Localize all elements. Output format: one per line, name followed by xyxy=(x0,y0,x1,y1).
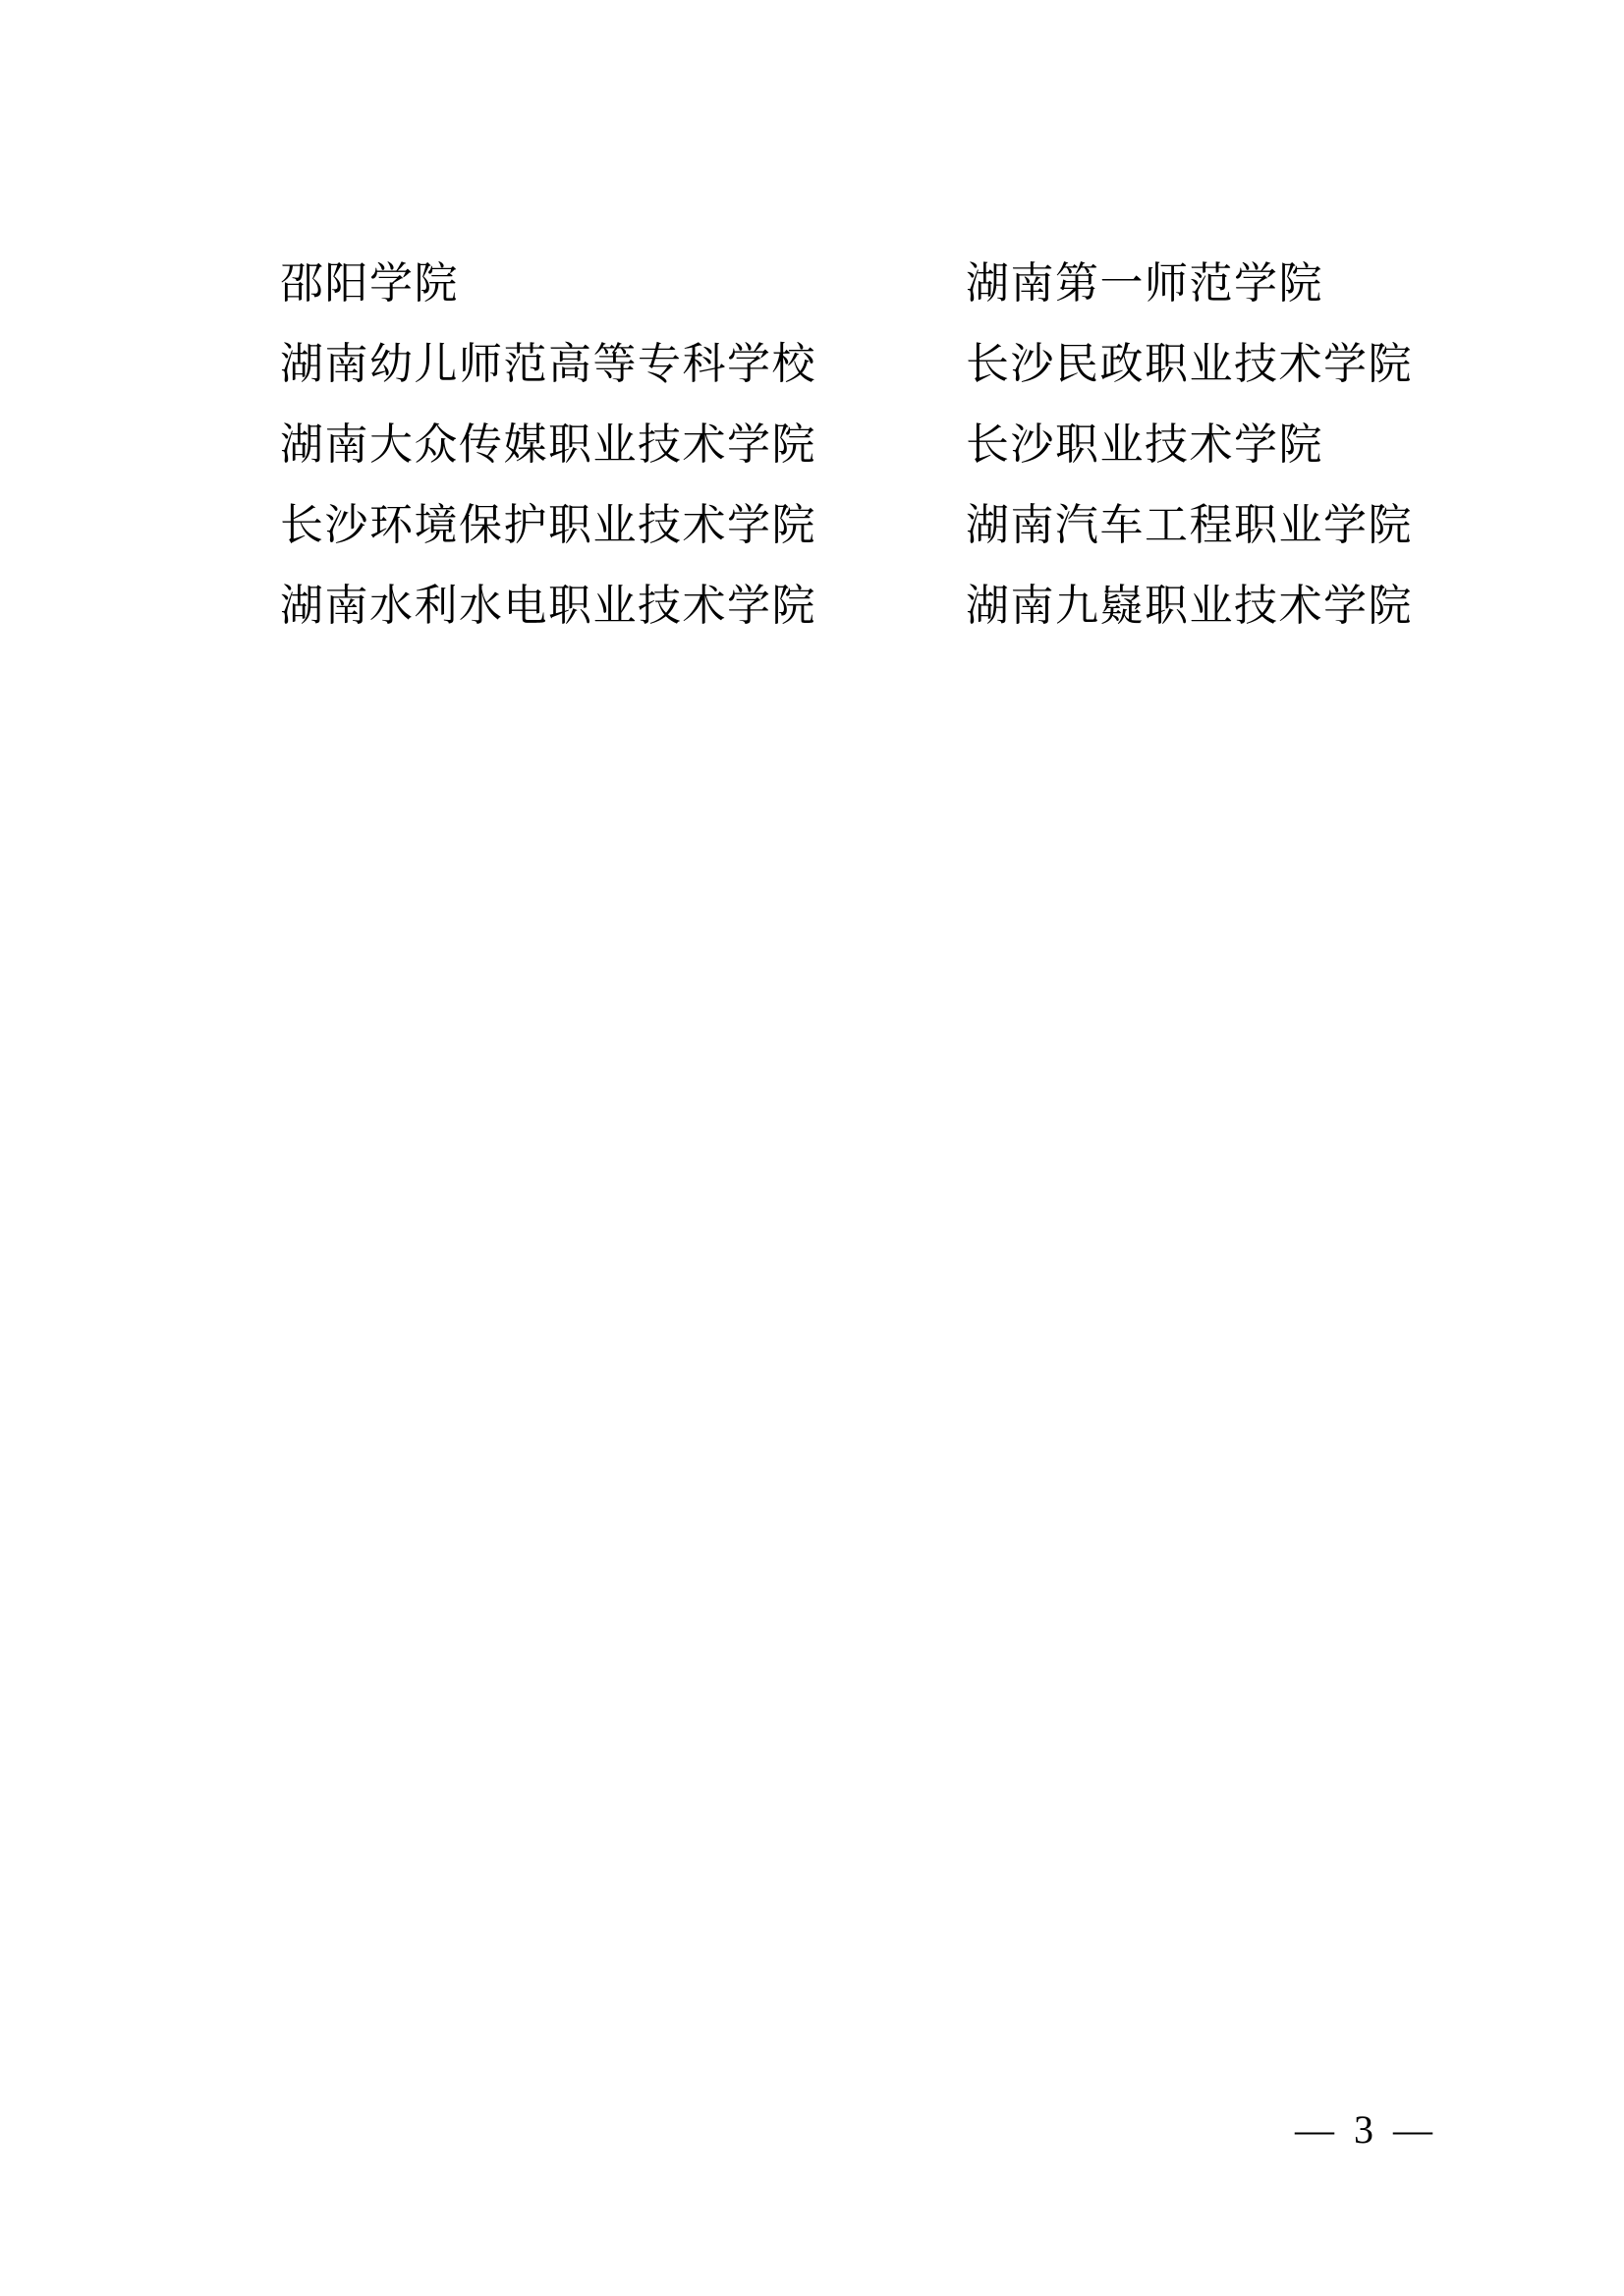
document-page: 邵阳学院 湖南第一师范学院 湖南幼儿师范高等专科学校 长沙民政职业技术学院 湖南… xyxy=(0,0,1624,2296)
college-list: 邵阳学院 湖南第一师范学院 湖南幼儿师范高等专科学校 长沙民政职业技术学院 湖南… xyxy=(280,244,1413,646)
college-name: 湖南九嶷职业技术学院 xyxy=(966,585,1413,628)
college-name: 长沙职业技术学院 xyxy=(966,423,1323,467)
college-name: 湖南大众传媒职业技术学院 xyxy=(280,423,966,467)
page-number-dash-left: — xyxy=(1295,2108,1334,2152)
college-row: 湖南水利水电职业技术学院 湖南九嶷职业技术学院 xyxy=(280,566,1413,646)
page-number-dash-right: — xyxy=(1393,2108,1432,2152)
college-name: 湖南水利水电职业技术学院 xyxy=(280,585,966,628)
college-name: 长沙民政职业技术学院 xyxy=(966,343,1413,386)
page-number: — 3 — xyxy=(1295,2108,1432,2152)
college-name: 湖南汽车工程职业学院 xyxy=(966,504,1413,547)
college-name: 邵阳学院 xyxy=(280,262,966,306)
college-name: 长沙环境保护职业技术学院 xyxy=(280,504,966,547)
college-row: 湖南幼儿师范高等专科学校 长沙民政职业技术学院 xyxy=(280,324,1413,405)
page-number-value: 3 xyxy=(1354,2108,1373,2152)
college-name: 湖南幼儿师范高等专科学校 xyxy=(280,343,966,386)
college-row: 邵阳学院 湖南第一师范学院 xyxy=(280,244,1413,324)
college-row: 湖南大众传媒职业技术学院 长沙职业技术学院 xyxy=(280,405,1413,485)
college-name: 湖南第一师范学院 xyxy=(966,262,1323,306)
college-row: 长沙环境保护职业技术学院 湖南汽车工程职业学院 xyxy=(280,485,1413,566)
